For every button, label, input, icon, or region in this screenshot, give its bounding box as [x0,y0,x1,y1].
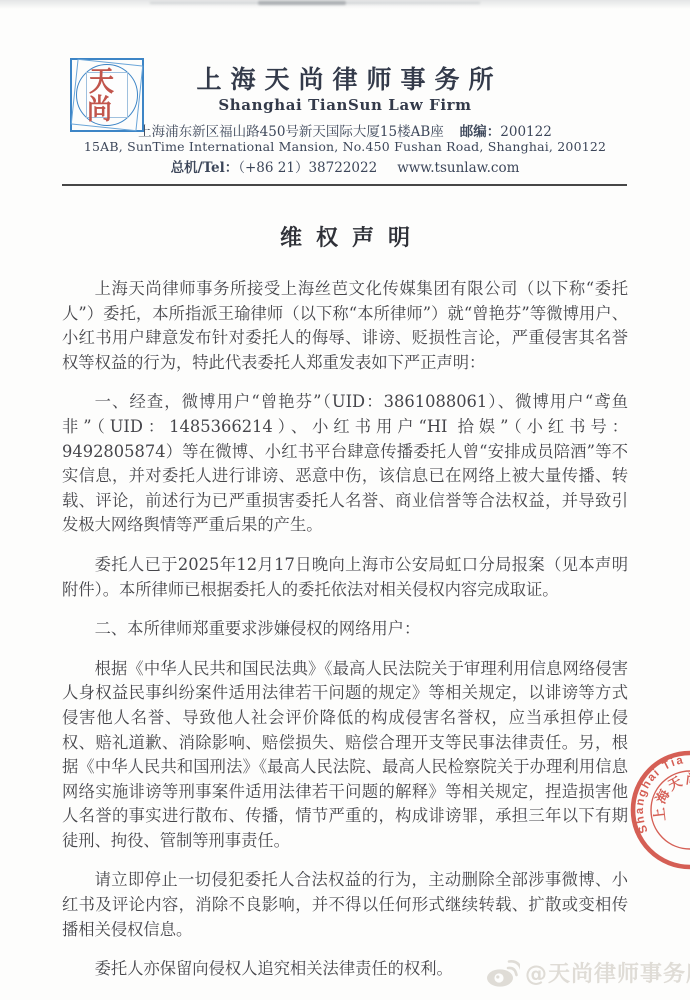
tel-number: （+86 21）38722022 [238,160,377,176]
weibo-watermark: @天尚律师事务所 [486,957,690,988]
firm-address-english: 15AB, SunTime International Mansion, No.… [0,139,690,154]
statement-title: 维权声明 [0,221,690,252]
seal-graphic: Shanghai Tia 上海天尚 [610,736,690,888]
statement-paragraphs: 上海天尚律师事务所接受上海丝芭文化传媒集团有限公司（以下称“委托人”）委托，本所… [62,277,628,997]
firm-name-english: Shanghai TianSun Law Firm [0,96,690,114]
scanned-legal-document-page: 天尚 上海天尚律师事务所 Shanghai TianSun Law Firm 上… [0,0,690,1000]
address-cn-text: 上海浦东新区福山路450号新天国际大厦15楼AB座 [138,124,444,140]
paragraph-section-2-heading: 二、本所律师郑重要求涉嫌侵权的网络用户： [62,617,628,642]
firm-contact-line: 总机/Tel：（+86 21）38722022www.tsunlaw.com [0,156,690,176]
postcode-value: 200122 [500,124,552,140]
paragraph-section-1: 一、经查，微博用户“曾艳芬”（UID：3861088061）、微博用户“鸢鱼非”… [62,390,628,538]
paragraph-police-report: 委托人已于2025年12月17日晚向上海市公安局虹口分局报案（见本声明附件）。本… [62,553,628,602]
postcode-label: 邮编： [460,124,501,140]
firm-name-chinese: 上海天尚律师事务所 [0,60,690,96]
watermark-text: @天尚律师事务所 [525,957,690,988]
letterhead-divider-rule [62,184,627,186]
scan-smudge [150,2,480,4]
paragraph-intro: 上海天尚律师事务所接受上海丝芭文化传媒集团有限公司（以下称“委托人”）委托，本所… [62,277,628,375]
paragraph-legal-basis: 根据《中华人民共和国民法典》《最高人民法院关于审理利用信息网络侵害人身权益民事纠… [62,657,628,854]
law-firm-red-seal: Shanghai Tia 上海天尚 [610,736,690,888]
paragraph-demands: 请立即停止一切侵犯委托人合法权益的行为，主动删除全部涉事微博、小红书及评论内容，… [62,868,628,942]
weibo-icon [486,958,520,988]
firm-address-chinese: 上海浦东新区福山路450号新天国际大厦15楼AB座邮编：200122 [0,120,690,140]
firm-website: www.tsunlaw.com [397,160,519,176]
tel-label: 总机/Tel： [171,160,239,176]
